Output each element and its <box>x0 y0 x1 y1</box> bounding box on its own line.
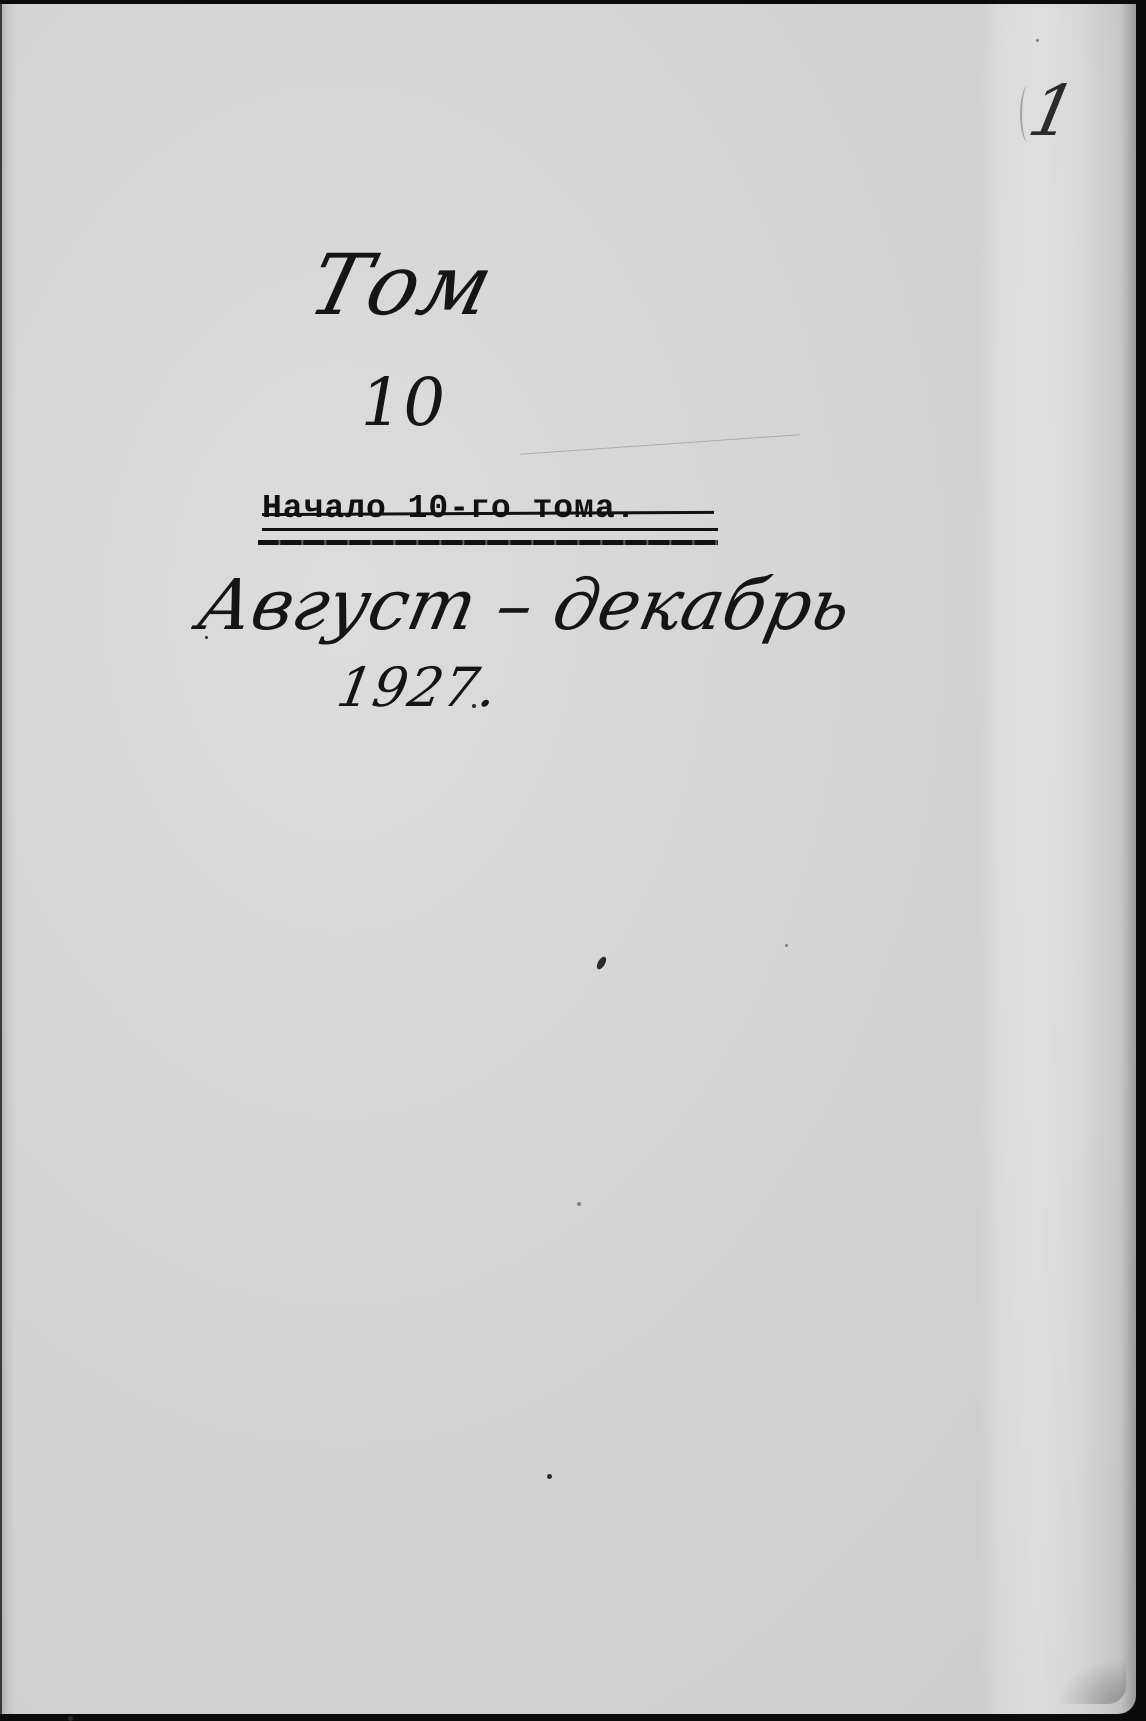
paper-fleck <box>785 944 788 947</box>
heading-underline <box>262 528 718 531</box>
ink-dot <box>68 1716 73 1721</box>
date-range: Август – декабрь <box>191 564 858 646</box>
volume-label: Том <box>300 236 504 334</box>
ink-dot <box>472 704 476 708</box>
document-page: 1 Том 10 Начало 10-го тома. Август – дек… <box>0 4 1136 1714</box>
volume-number: 10 <box>353 364 453 441</box>
paper-fleck <box>577 1202 581 1206</box>
struck-typed-heading: Начало 10-го тома. <box>262 490 714 550</box>
ink-dot <box>547 1474 552 1479</box>
year: 1927. <box>332 656 503 719</box>
heading-double-rule <box>258 540 718 545</box>
ink-smudge <box>595 955 608 971</box>
worn-corner <box>1056 1658 1126 1704</box>
ink-dot <box>205 636 208 639</box>
paper-fleck <box>1036 39 1039 42</box>
typed-heading-text: Начало 10-го тома. <box>262 490 636 527</box>
faint-pencil-line <box>520 434 799 455</box>
